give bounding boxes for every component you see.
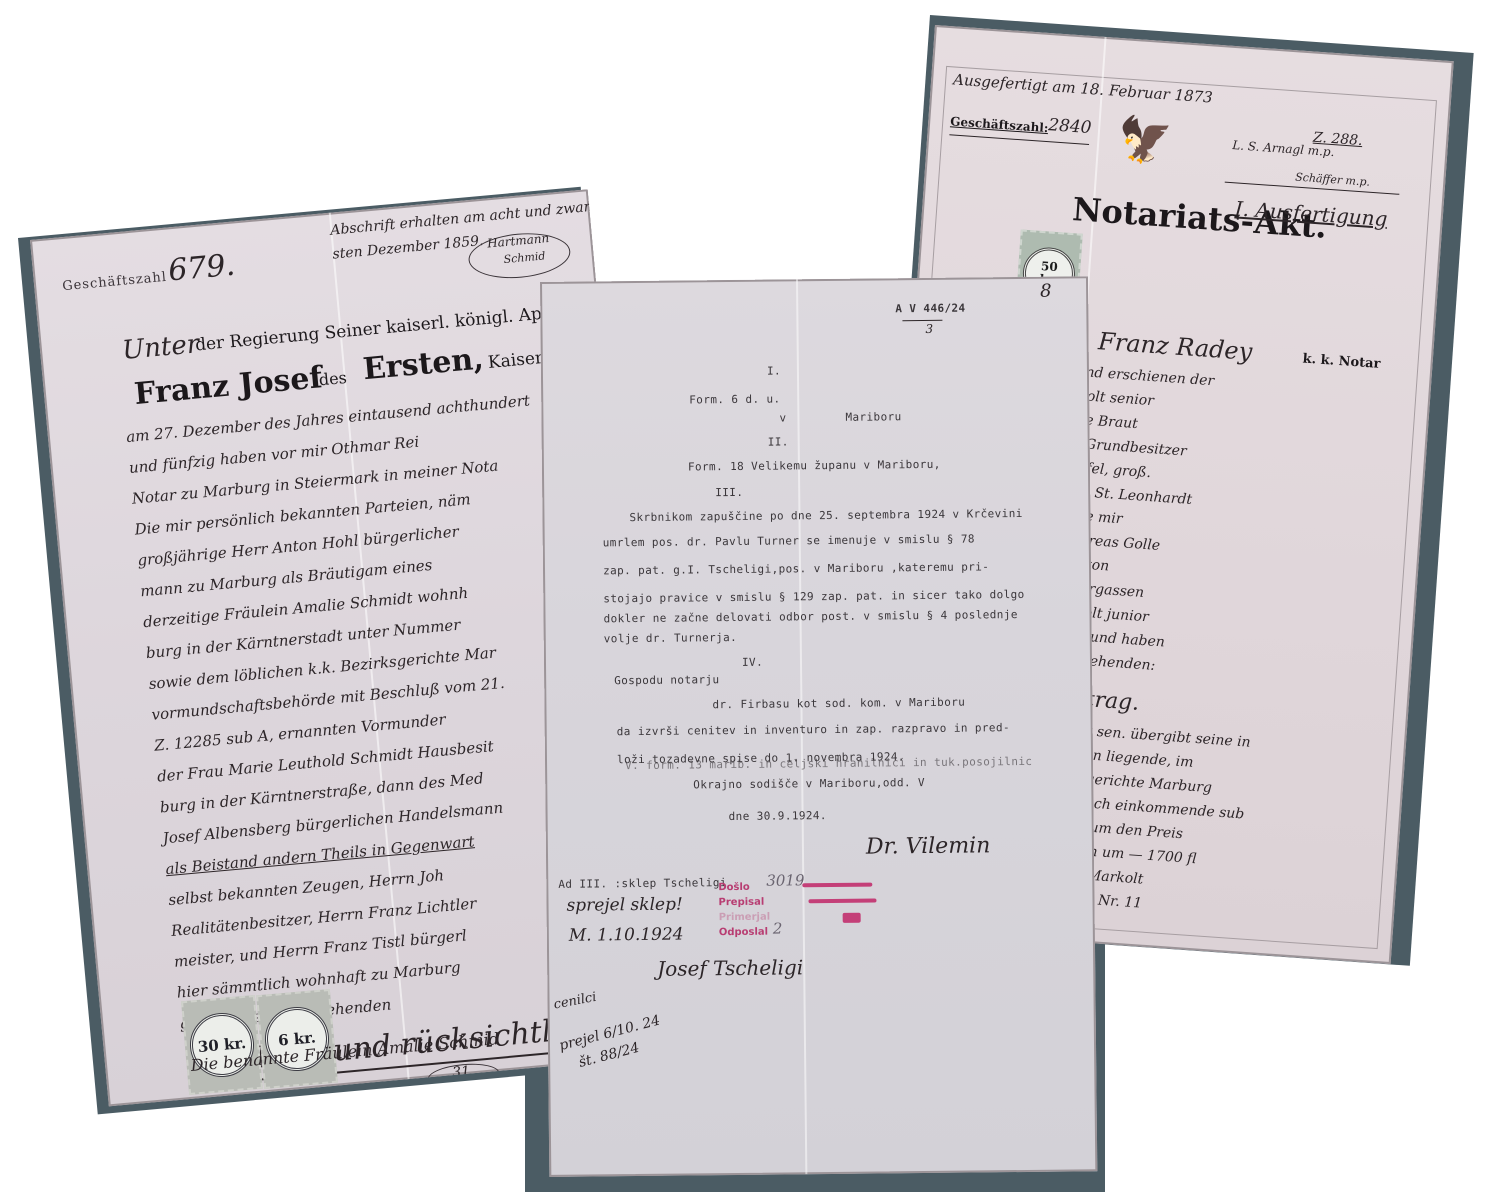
paragraph-III: Skrbnikom zapuščine po dne 25. septembra… [602, 507, 1025, 648]
top-note-line1: Abschrift erhalten am acht und zwanzig- [330, 197, 619, 239]
section-III: III. [715, 486, 743, 499]
stamp-line-prepisal: Prepisal [718, 895, 770, 911]
stamp-bar [843, 913, 861, 923]
typed-line: umrlem pos. dr. Pavlu Turner se imenuje … [603, 532, 1025, 564]
double-eagle-emblem-icon: 🦅 [1116, 112, 1174, 168]
form-6-v: v [779, 411, 786, 424]
form-6: Form. 6 d. u. [689, 392, 780, 406]
stamp-line-primerjal: Primerjal [719, 910, 771, 926]
heading-franz-josef: Franz Josef [133, 360, 324, 412]
stamp-line-odposlal: Odposlal [719, 925, 771, 941]
file-reference-sub: 3 [925, 322, 933, 336]
section-II: II. [768, 435, 789, 448]
handwritten-note-date: M. 1.10.1924 [569, 925, 684, 946]
receipt-stamp: Došlo Prepisal Primerjal Odposlal [718, 880, 770, 941]
stamp-hand-ref: 3019 [766, 871, 804, 889]
addressee: Gospodu notarju [614, 673, 719, 687]
case-number: 2840 [1048, 115, 1093, 138]
stamp-line-doslo: Došlo [718, 880, 770, 896]
heading-unter: Unter [121, 329, 200, 366]
court-name: Okrajno sodišče v Mariboru,odd. V [693, 776, 925, 791]
heading-des: des [318, 368, 348, 389]
ad-III-note: Ad III. :sklep Tscheligi [558, 876, 727, 891]
form-6-place: Mariboru [845, 410, 901, 424]
file-ref-underline [902, 320, 942, 321]
form-18: Form. 18 Velikemu županu v Mariboru, [688, 458, 941, 474]
stamp-bar [808, 899, 876, 904]
section-I: I. [767, 364, 781, 377]
handwritten-note-cenilci: cenilci [553, 990, 598, 1013]
page-number: 8 [1040, 281, 1052, 302]
section-IV: IV. [742, 656, 763, 669]
revenue-stamp-6kr: 6 kr. [256, 989, 338, 1089]
heading-ersten: Ersten, [362, 341, 485, 387]
revenue-stamp-30kr: 30 kr. [181, 995, 263, 1095]
handwritten-note-accepted: sprejel sklep! [566, 895, 682, 916]
typed-line: zap. pat. g.I. Tscheligi,pos. v Mariboru… [603, 560, 1025, 592]
addressee-line2: dr. Firbasu kot sod. kom. v Mariboru [712, 696, 965, 712]
judge-signature: Dr. Vilemin [866, 833, 991, 859]
stamp-hand-count: 2 [773, 919, 783, 937]
case-number: 679. [167, 248, 237, 289]
typed-line: volje dr. Turnerja. [604, 628, 1026, 648]
handwritten-signature-tscheligi: Josef Tscheligi [657, 955, 803, 981]
top-note-line2: sten Dezember 1859. [332, 233, 484, 263]
file-reference: A V 446/24 [895, 302, 965, 316]
stamp-bar [802, 883, 872, 888]
typed-line: da izvrši cenitev in inventuro in zap. r… [617, 721, 1011, 753]
geschaeftszahl-label: Geschäftszahl [62, 270, 168, 294]
order-date: dne 30.9.1924. [729, 809, 827, 823]
document-court-order-1924: 8 A V 446/24 3 I. Form. 6 d. u. v Maribo… [540, 276, 1097, 1177]
